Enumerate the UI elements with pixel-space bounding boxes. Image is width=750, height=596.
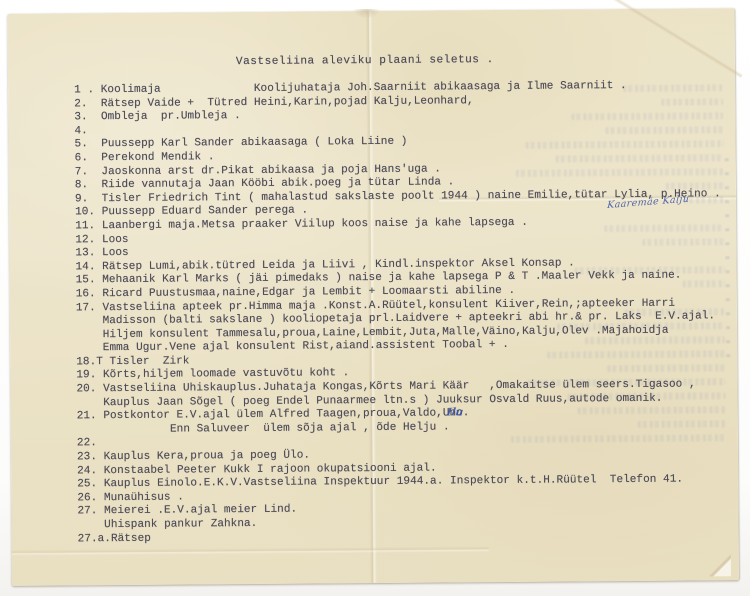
bleed-through-dots (725, 158, 731, 358)
scan-background: Vastseliina aleviku plaani seletus . 1 .… (0, 0, 750, 596)
corner-fold (689, 536, 731, 576)
document-title: Vastseliina aleviku plaani seletus . (236, 54, 494, 68)
document-page: Vastseliina aleviku plaani seletus . 1 .… (8, 8, 739, 586)
handwritten-note-short: Ilu (446, 406, 465, 418)
paper-edge-nick (353, 9, 379, 18)
fold-crease-top-right (613, 0, 743, 78)
document-body: 1 . Koolimaja Koolijuhataja Joh.Saarniit… (74, 79, 723, 546)
fold-crease-bottom (12, 546, 489, 556)
